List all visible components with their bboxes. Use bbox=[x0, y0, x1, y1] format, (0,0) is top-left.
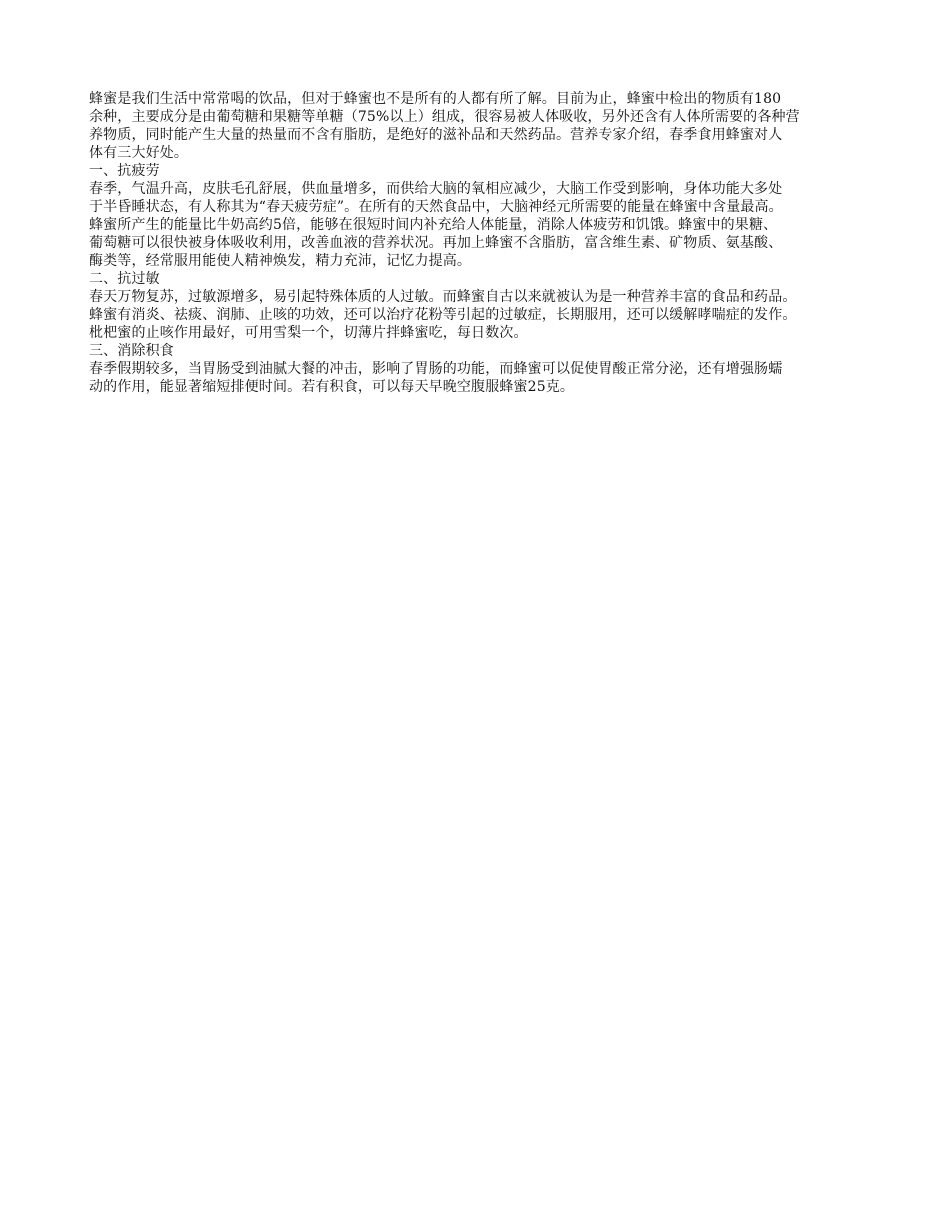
text-line: 春季，气温升高，皮肤毛孔舒展，供血量增多，而供给大脑的氧相应减少，大脑工作受到影… bbox=[89, 180, 867, 198]
text-line: 蜂蜜有消炎、祛痰、润肺、止咳的功效，还可以治疗花粉等引起的过敏症，长期服用，还可… bbox=[89, 306, 867, 324]
text-line: 养物质，同时能产生大量的热量而不含有脂肪，是绝好的滋补品和天然药品。营养专家介绍… bbox=[89, 126, 867, 144]
text-line: 于半昏睡状态，有人称其为“春天疲劳症”。在所有的天然食品中，大脑神经元所需要的能… bbox=[89, 198, 867, 216]
section-heading: 三、消除积食 bbox=[89, 342, 867, 360]
section-heading: 一、抗疲劳 bbox=[89, 162, 867, 180]
text-line: 余种，主要成分是由葡萄糖和果糖等单糖（75%以上）组成，很容易被人体吸收，另外还… bbox=[89, 108, 867, 126]
text-line: 春天万物复苏，过敏源增多，易引起特殊体质的人过敏。而蜂蜜自古以来就被认为是一种营… bbox=[89, 288, 867, 306]
section-anti-fatigue: 一、抗疲劳 春季，气温升高，皮肤毛孔舒展，供血量增多，而供给大脑的氧相应减少，大… bbox=[89, 162, 867, 270]
text-line: 酶类等，经常服用能使人精神焕发，精力充沛，记忆力提高。 bbox=[89, 252, 867, 270]
section-anti-allergy: 二、抗过敏 春天万物复苏，过敏源增多，易引起特殊体质的人过敏。而蜂蜜自古以来就被… bbox=[89, 270, 867, 342]
text-line: 蜂蜜所产生的能量比牛奶高约5倍，能够在很短时间内补充给人体能量，消除人体疲劳和饥… bbox=[89, 216, 867, 234]
intro-paragraph: 蜂蜜是我们生活中常常喝的饮品，但对于蜂蜜也不是所有的人都有所了解。目前为止，蜂蜜… bbox=[89, 90, 867, 162]
text-line: 春季假期较多，当胃肠受到油腻大餐的冲击，影响了胃肠的功能，而蜂蜜可以促使胃酸正常… bbox=[89, 360, 867, 378]
text-line: 枇杷蜜的止咳作用最好，可用雪梨一个，切薄片拌蜂蜜吃，每日数次。 bbox=[89, 324, 867, 342]
section-digestion: 三、消除积食 春季假期较多，当胃肠受到油腻大餐的冲击，影响了胃肠的功能，而蜂蜜可… bbox=[89, 342, 867, 396]
text-line: 动的作用，能显著缩短排便时间。若有积食，可以每天早晚空腹服蜂蜜25克。 bbox=[89, 378, 867, 396]
text-line: 葡萄糖可以很快被身体吸收利用，改善血液的营养状况。再加上蜂蜜不含脂肪，富含维生素… bbox=[89, 234, 867, 252]
document-page: 蜂蜜是我们生活中常常喝的饮品，但对于蜂蜜也不是所有的人都有所了解。目前为止，蜂蜜… bbox=[89, 90, 867, 396]
section-heading: 二、抗过敏 bbox=[89, 270, 867, 288]
text-line: 体有三大好处。 bbox=[89, 144, 867, 162]
text-line: 蜂蜜是我们生活中常常喝的饮品，但对于蜂蜜也不是所有的人都有所了解。目前为止，蜂蜜… bbox=[89, 90, 867, 108]
